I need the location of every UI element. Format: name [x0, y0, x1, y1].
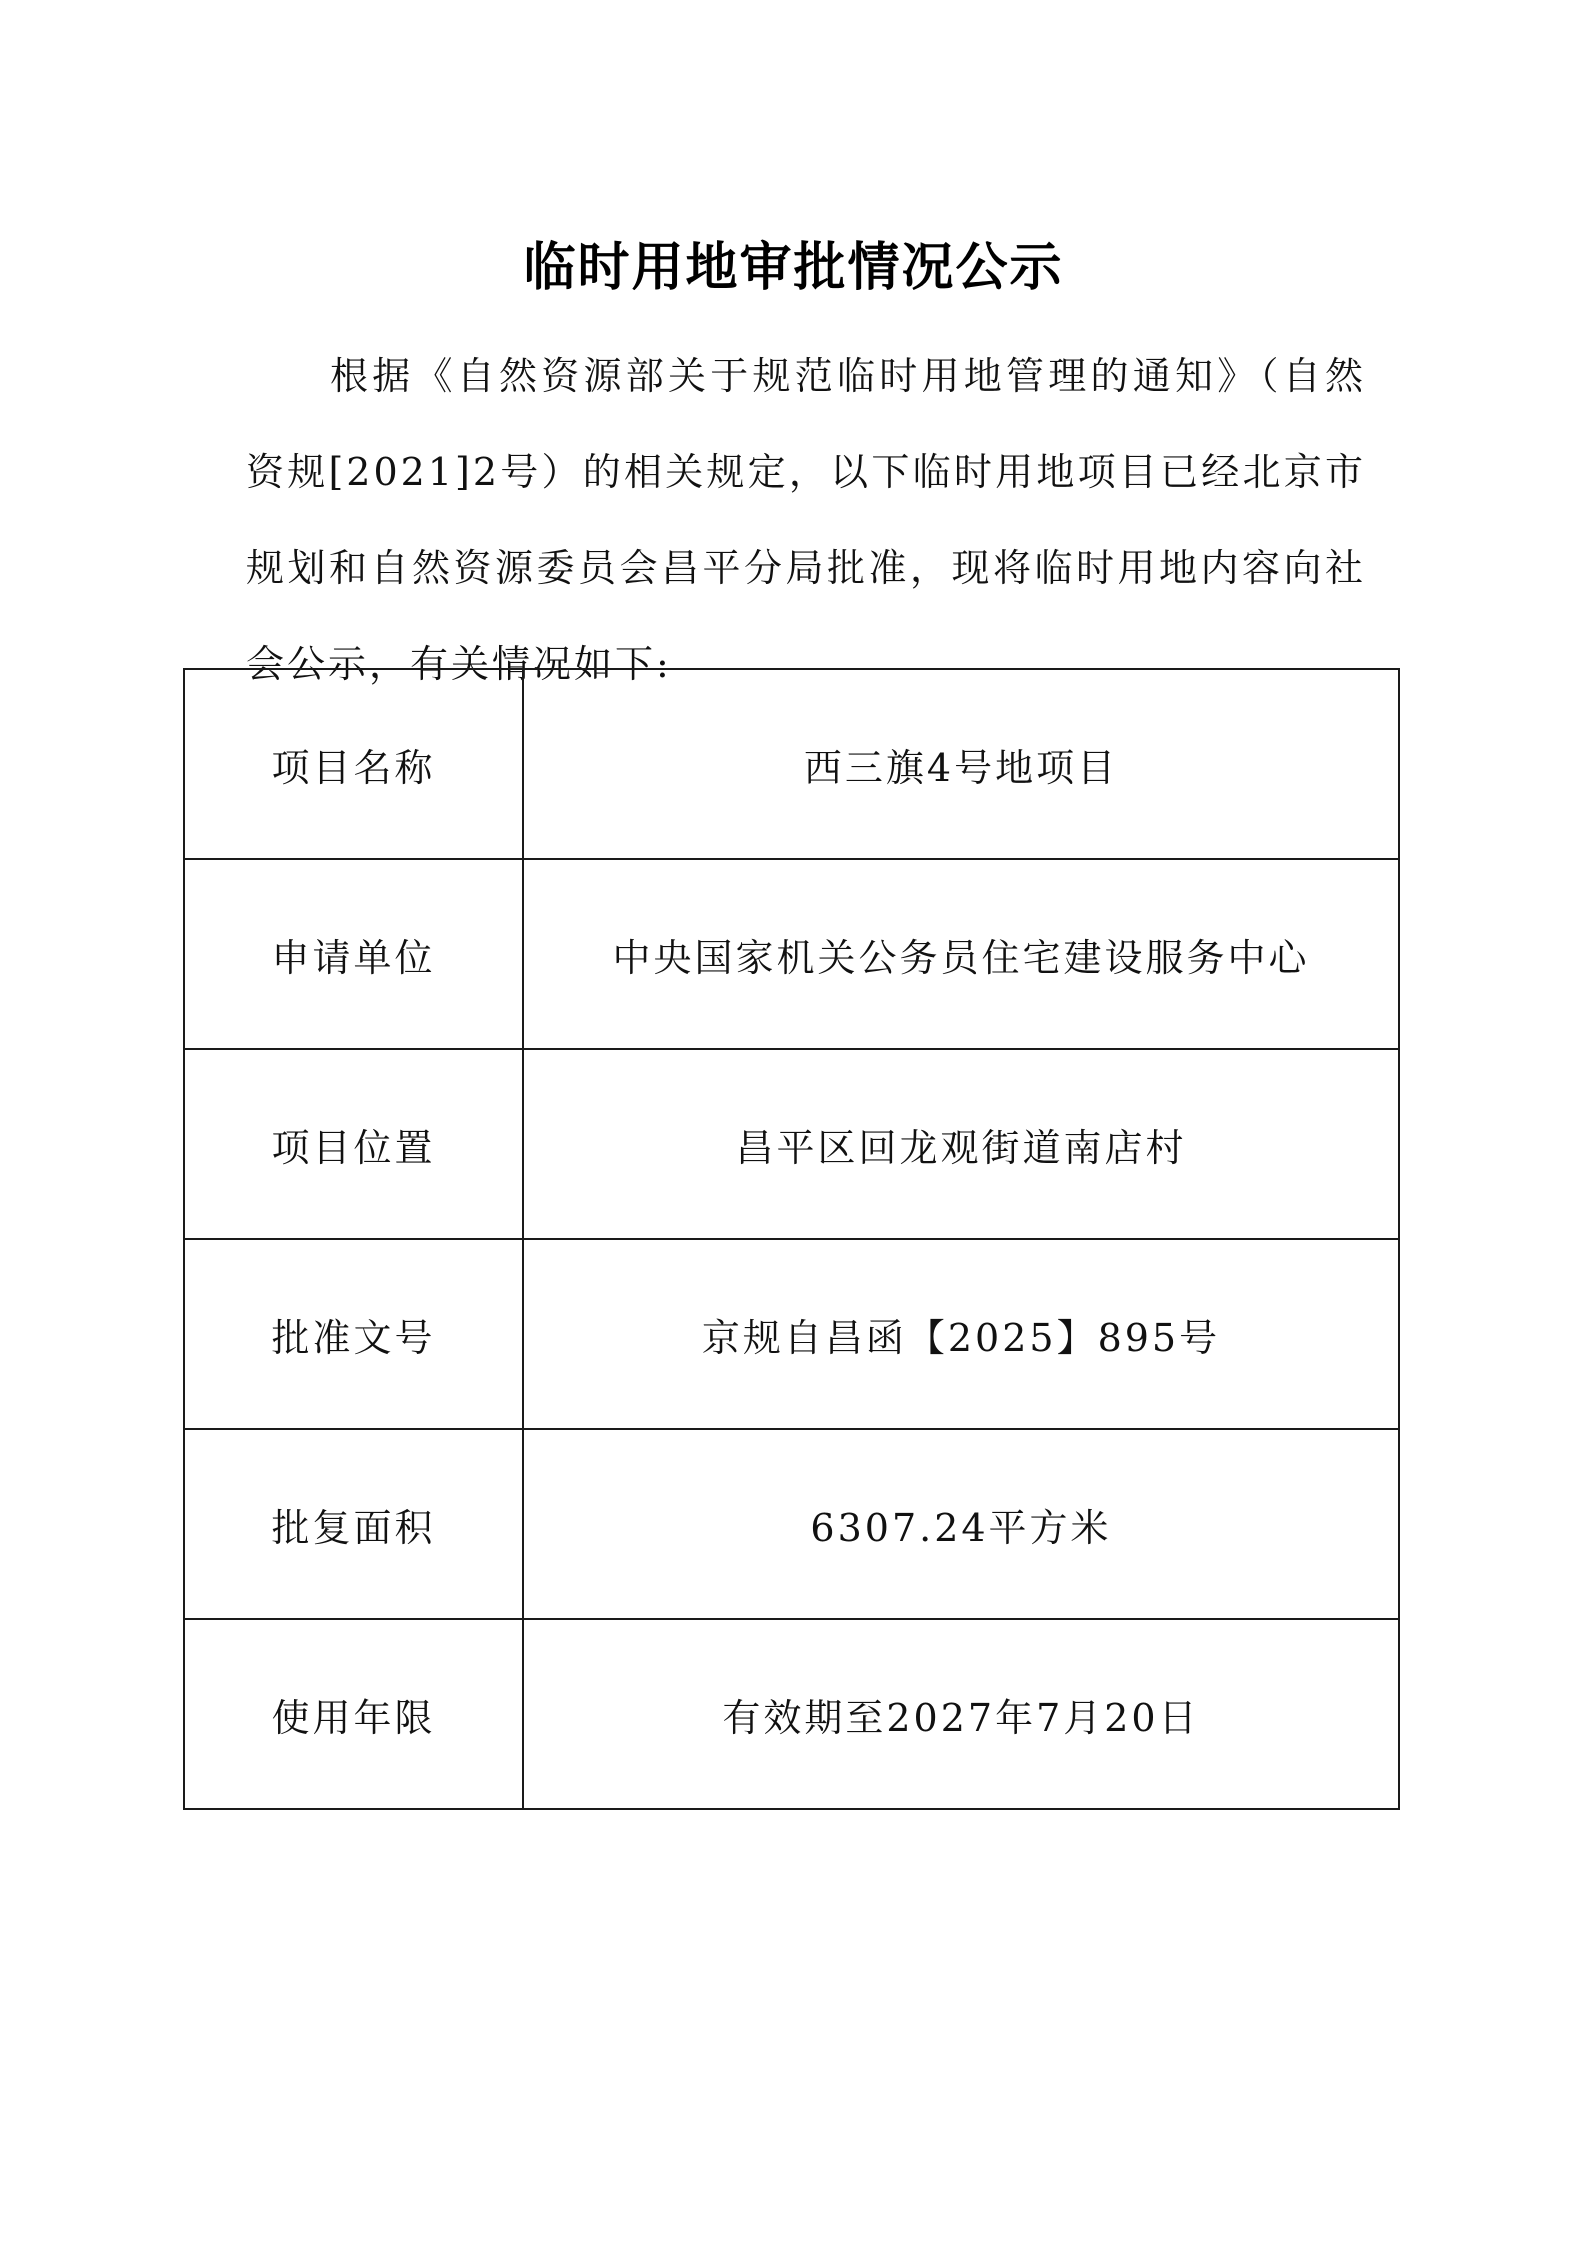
land-use-info-table: 项目名称 西三旗4号地项目 申请单位 中央国家机关公务员住宅建设服务中心 项目位…	[183, 668, 1400, 1810]
row-value: 西三旗4号地项目	[523, 669, 1399, 859]
row-value: 中央国家机关公务员住宅建设服务中心	[523, 859, 1399, 1049]
table-row-approval-number: 批准文号 京规自昌函【2025】895号	[184, 1239, 1399, 1429]
table-row-approved-area: 批复面积 6307.24平方米	[184, 1429, 1399, 1619]
row-label: 项目名称	[184, 669, 523, 859]
table-row-usage-period: 使用年限 有效期至2027年7月20日	[184, 1619, 1399, 1809]
table-row-project-name: 项目名称 西三旗4号地项目	[184, 669, 1399, 859]
row-label: 使用年限	[184, 1619, 523, 1809]
table-row-applicant: 申请单位 中央国家机关公务员住宅建设服务中心	[184, 859, 1399, 1049]
row-value: 有效期至2027年7月20日	[523, 1619, 1399, 1809]
row-value: 昌平区回龙观街道南店村	[523, 1049, 1399, 1239]
row-value: 京规自昌函【2025】895号	[523, 1239, 1399, 1429]
table-row-location: 项目位置 昌平区回龙观街道南店村	[184, 1049, 1399, 1239]
row-value: 6307.24平方米	[523, 1429, 1399, 1619]
document-title: 临时用地审批情况公示	[0, 233, 1587, 303]
intro-paragraph: 根据《自然资源部关于规范临时用地管理的通知》（自然资规[2021]2号）的相关规…	[246, 328, 1366, 712]
row-label: 批复面积	[184, 1429, 523, 1619]
row-label: 批准文号	[184, 1239, 523, 1429]
row-label: 项目位置	[184, 1049, 523, 1239]
row-label: 申请单位	[184, 859, 523, 1049]
